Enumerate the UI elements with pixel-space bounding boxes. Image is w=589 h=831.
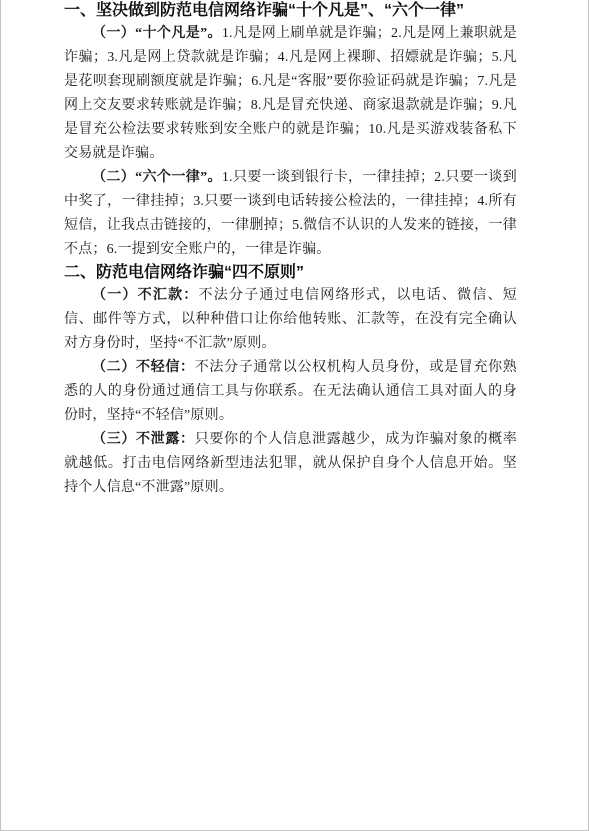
paragraph-lead: （三）不泄露：: [92, 432, 195, 447]
paragraph-body: 1.凡是网上刷单就是诈骗；2.凡是网上兼职就是诈骗；3.凡是网上贷款就是诈骗；4…: [64, 26, 517, 161]
paragraph-six-always: （二）“六个一律”。1.只要一谈到银行卡，一律挂掉；2.只要一谈到中奖了，一律挂…: [64, 166, 517, 262]
paragraph-ten-whenevers: （一）“十个凡是”。1.凡是网上刷单就是诈骗；2.凡是网上兼职就是诈骗；3.凡是…: [64, 22, 517, 166]
paragraph-lead: （一）“十个凡是”。: [92, 26, 222, 41]
paragraph-no-trust: （二）不轻信：不法分子通常以公权机构人员身份，或是冒充你熟悉的人的身份通过通信工…: [64, 356, 517, 428]
paragraph-no-remittance: （一）不汇款：不法分子通过电信网络形式，以电话、微信、短信、邮件等方式，以种种借…: [64, 284, 517, 356]
section-1-heading: 一、坚决做到防范电信网络诈骗“十个凡是”、“六个一律”: [64, 0, 517, 22]
paragraph-lead: （一）不汇款：: [92, 288, 199, 303]
paragraph-lead: （二）不轻信：: [92, 360, 195, 375]
document-page: 一、坚决做到防范电信网络诈骗“十个凡是”、“六个一律” （一）“十个凡是”。1.…: [0, 0, 589, 831]
paragraph-no-disclosure: （三）不泄露：只要你的个人信息泄露越少，成为诈骗对象的概率就越低。打击电信网络新…: [64, 428, 517, 500]
section-2-heading: 二、防范电信网络诈骗“四不原则”: [64, 262, 517, 284]
document-content: 一、坚决做到防范电信网络诈骗“十个凡是”、“六个一律” （一）“十个凡是”。1.…: [1, 0, 588, 500]
paragraph-lead: （二）“六个一律”。: [92, 170, 222, 185]
